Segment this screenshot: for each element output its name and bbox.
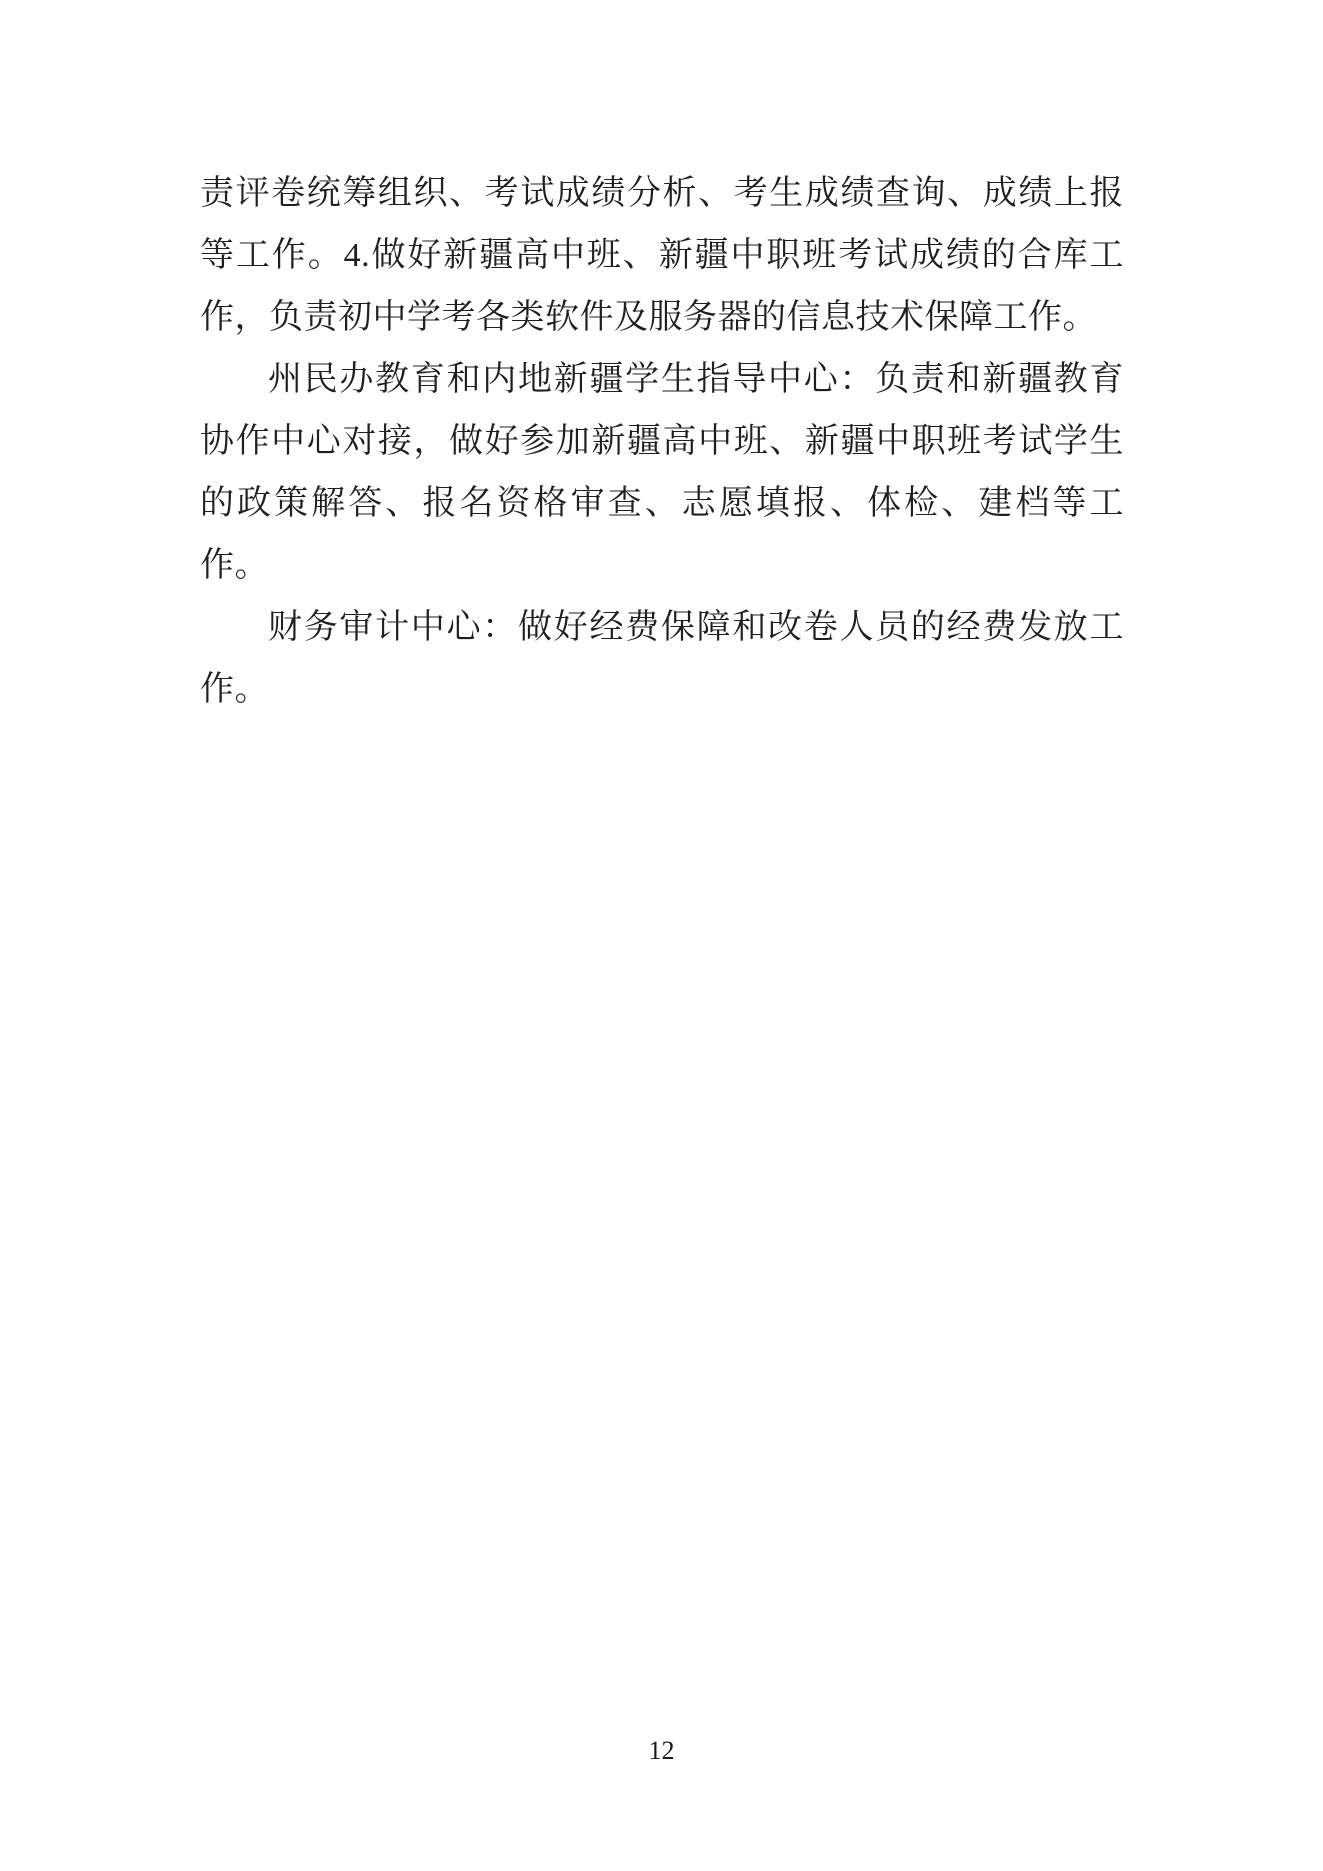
paragraph: 州民办教育和内地新疆学生指导中心：负责和新疆教育 协作中心对接，做好参加新疆高中… — [200, 349, 1124, 597]
text-line: 的政策解答、报名资格审查、志愿填报、体检、建档等工作。 — [200, 473, 1124, 597]
document-text-block: 责评卷统筹组织、考试成绩分析、考生成绩查询、成绩上报 等工作。4.做好新疆高中班… — [200, 163, 1124, 721]
text-line: 财务审计中心：做好经费保障和改卷人员的经费发放工 — [200, 597, 1124, 659]
paragraph: 财务审计中心：做好经费保障和改卷人员的经费发放工 作。 — [200, 597, 1124, 721]
text-line: 等工作。4.做好新疆高中班、新疆中职班考试成绩的合库工 — [200, 225, 1124, 287]
text-line: 责评卷统筹组织、考试成绩分析、考生成绩查询、成绩上报 — [200, 163, 1124, 225]
text-line: 协作中心对接，做好参加新疆高中班、新疆中职班考试学生 — [200, 411, 1124, 473]
document-page: 责评卷统筹组织、考试成绩分析、考生成绩查询、成绩上报 等工作。4.做好新疆高中班… — [0, 0, 1323, 1871]
text-line: 作，负责初中学考各类软件及服务器的信息技术保障工作。 — [200, 287, 1124, 349]
paragraph: 责评卷统筹组织、考试成绩分析、考生成绩查询、成绩上报 等工作。4.做好新疆高中班… — [200, 163, 1124, 349]
text-line: 州民办教育和内地新疆学生指导中心：负责和新疆教育 — [200, 349, 1124, 411]
text-line: 作。 — [200, 659, 1124, 721]
page-number: 12 — [0, 1736, 1323, 1766]
